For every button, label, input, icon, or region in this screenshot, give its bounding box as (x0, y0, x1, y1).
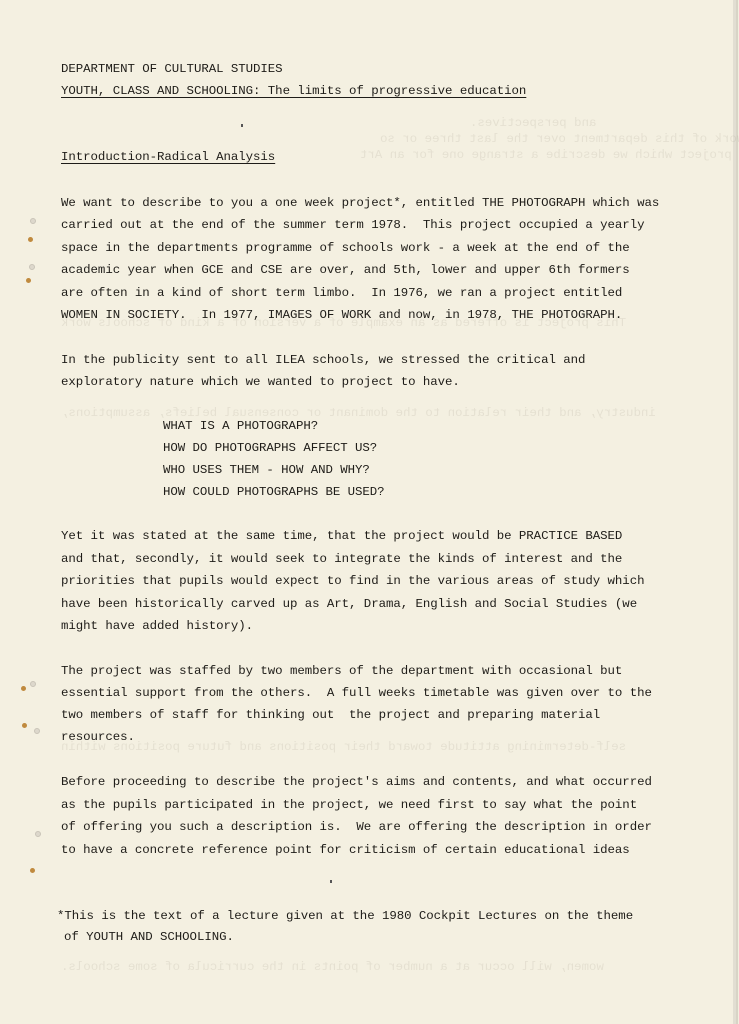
document-title: YOUTH, CLASS AND SCHOOLING: The limits o… (61, 84, 526, 98)
bleed-through-text: and perspectives. (470, 116, 596, 130)
text-line: as the pupils participated in the projec… (61, 798, 637, 812)
question-item: WHO USES THEM - HOW AND WHY? (163, 463, 370, 477)
section-heading: Introduction-Radical Analysis (61, 150, 275, 164)
text-line: resources. (61, 730, 135, 744)
margin-mark (34, 728, 40, 734)
text-line: have been historically carved up as Art,… (61, 597, 637, 611)
punch-hole-mark (26, 278, 31, 283)
ink-speck (241, 124, 243, 127)
question-item: HOW DO PHOTOGRAPHS AFFECT US? (163, 441, 377, 455)
text-line: Yet it was stated at the same time, that… (61, 529, 622, 543)
text-line: academic year when GCE and CSE are over,… (61, 263, 630, 277)
text-line: essential support from the others. A ful… (61, 686, 652, 700)
text-line: The project was staffed by two members o… (61, 664, 622, 678)
text-line: priorities that pupils would expect to f… (61, 574, 644, 588)
text-line: space in the departments programme of sc… (61, 241, 630, 255)
margin-mark (35, 831, 41, 837)
margin-mark (29, 264, 35, 270)
text-line: WOMEN IN SOCIETY. In 1977, IMAGES OF WOR… (61, 308, 622, 322)
text-line: We want to describe to you a one week pr… (61, 196, 659, 210)
text-line: of offering you such a description is. W… (61, 820, 652, 834)
question-item: WHAT IS A PHOTOGRAPH? (163, 419, 318, 433)
bleed-through-text: industry, and their relation to the domi… (61, 406, 656, 420)
text-line: are often in a kind of short term limbo.… (61, 286, 622, 300)
footnote-line: of YOUTH AND SCHOOLING. (64, 930, 234, 944)
bleed-through-text: years, you may find the project which we… (360, 148, 739, 162)
punch-hole-mark (22, 723, 27, 728)
punch-hole-mark (28, 237, 33, 242)
text-line: Before proceeding to describe the projec… (61, 775, 652, 789)
document-page: and perspectives. However, unless you kn… (0, 0, 738, 1024)
footnote-line: *This is the text of a lecture given at … (57, 909, 633, 923)
bleed-through-text: women, will occur at a number of points … (61, 960, 604, 974)
text-line: exploratory nature which we wanted to pr… (61, 375, 460, 389)
ink-speck (330, 880, 332, 883)
text-line: might have added history). (61, 619, 253, 633)
text-line: In the publicity sent to all ILEA school… (61, 353, 585, 367)
margin-mark (30, 681, 36, 687)
punch-hole-mark (21, 686, 26, 691)
margin-mark (30, 218, 36, 224)
text-line: and that, secondly, it would seek to int… (61, 552, 622, 566)
department-heading: DEPARTMENT OF CULTURAL STUDIES (61, 62, 283, 76)
punch-hole-mark (30, 868, 35, 873)
text-line: two members of staff for thinking out th… (61, 708, 600, 722)
question-item: HOW COULD PHOTOGRAPHS BE USED? (163, 485, 385, 499)
bleed-through-text: self-determining attitude toward their p… (61, 740, 626, 754)
page-edge (733, 0, 736, 1024)
text-line: to have a concrete reference point for c… (61, 843, 630, 857)
text-line: carried out at the end of the summer ter… (61, 218, 644, 232)
bleed-through-text: However, unless you know the work of thi… (380, 132, 739, 146)
